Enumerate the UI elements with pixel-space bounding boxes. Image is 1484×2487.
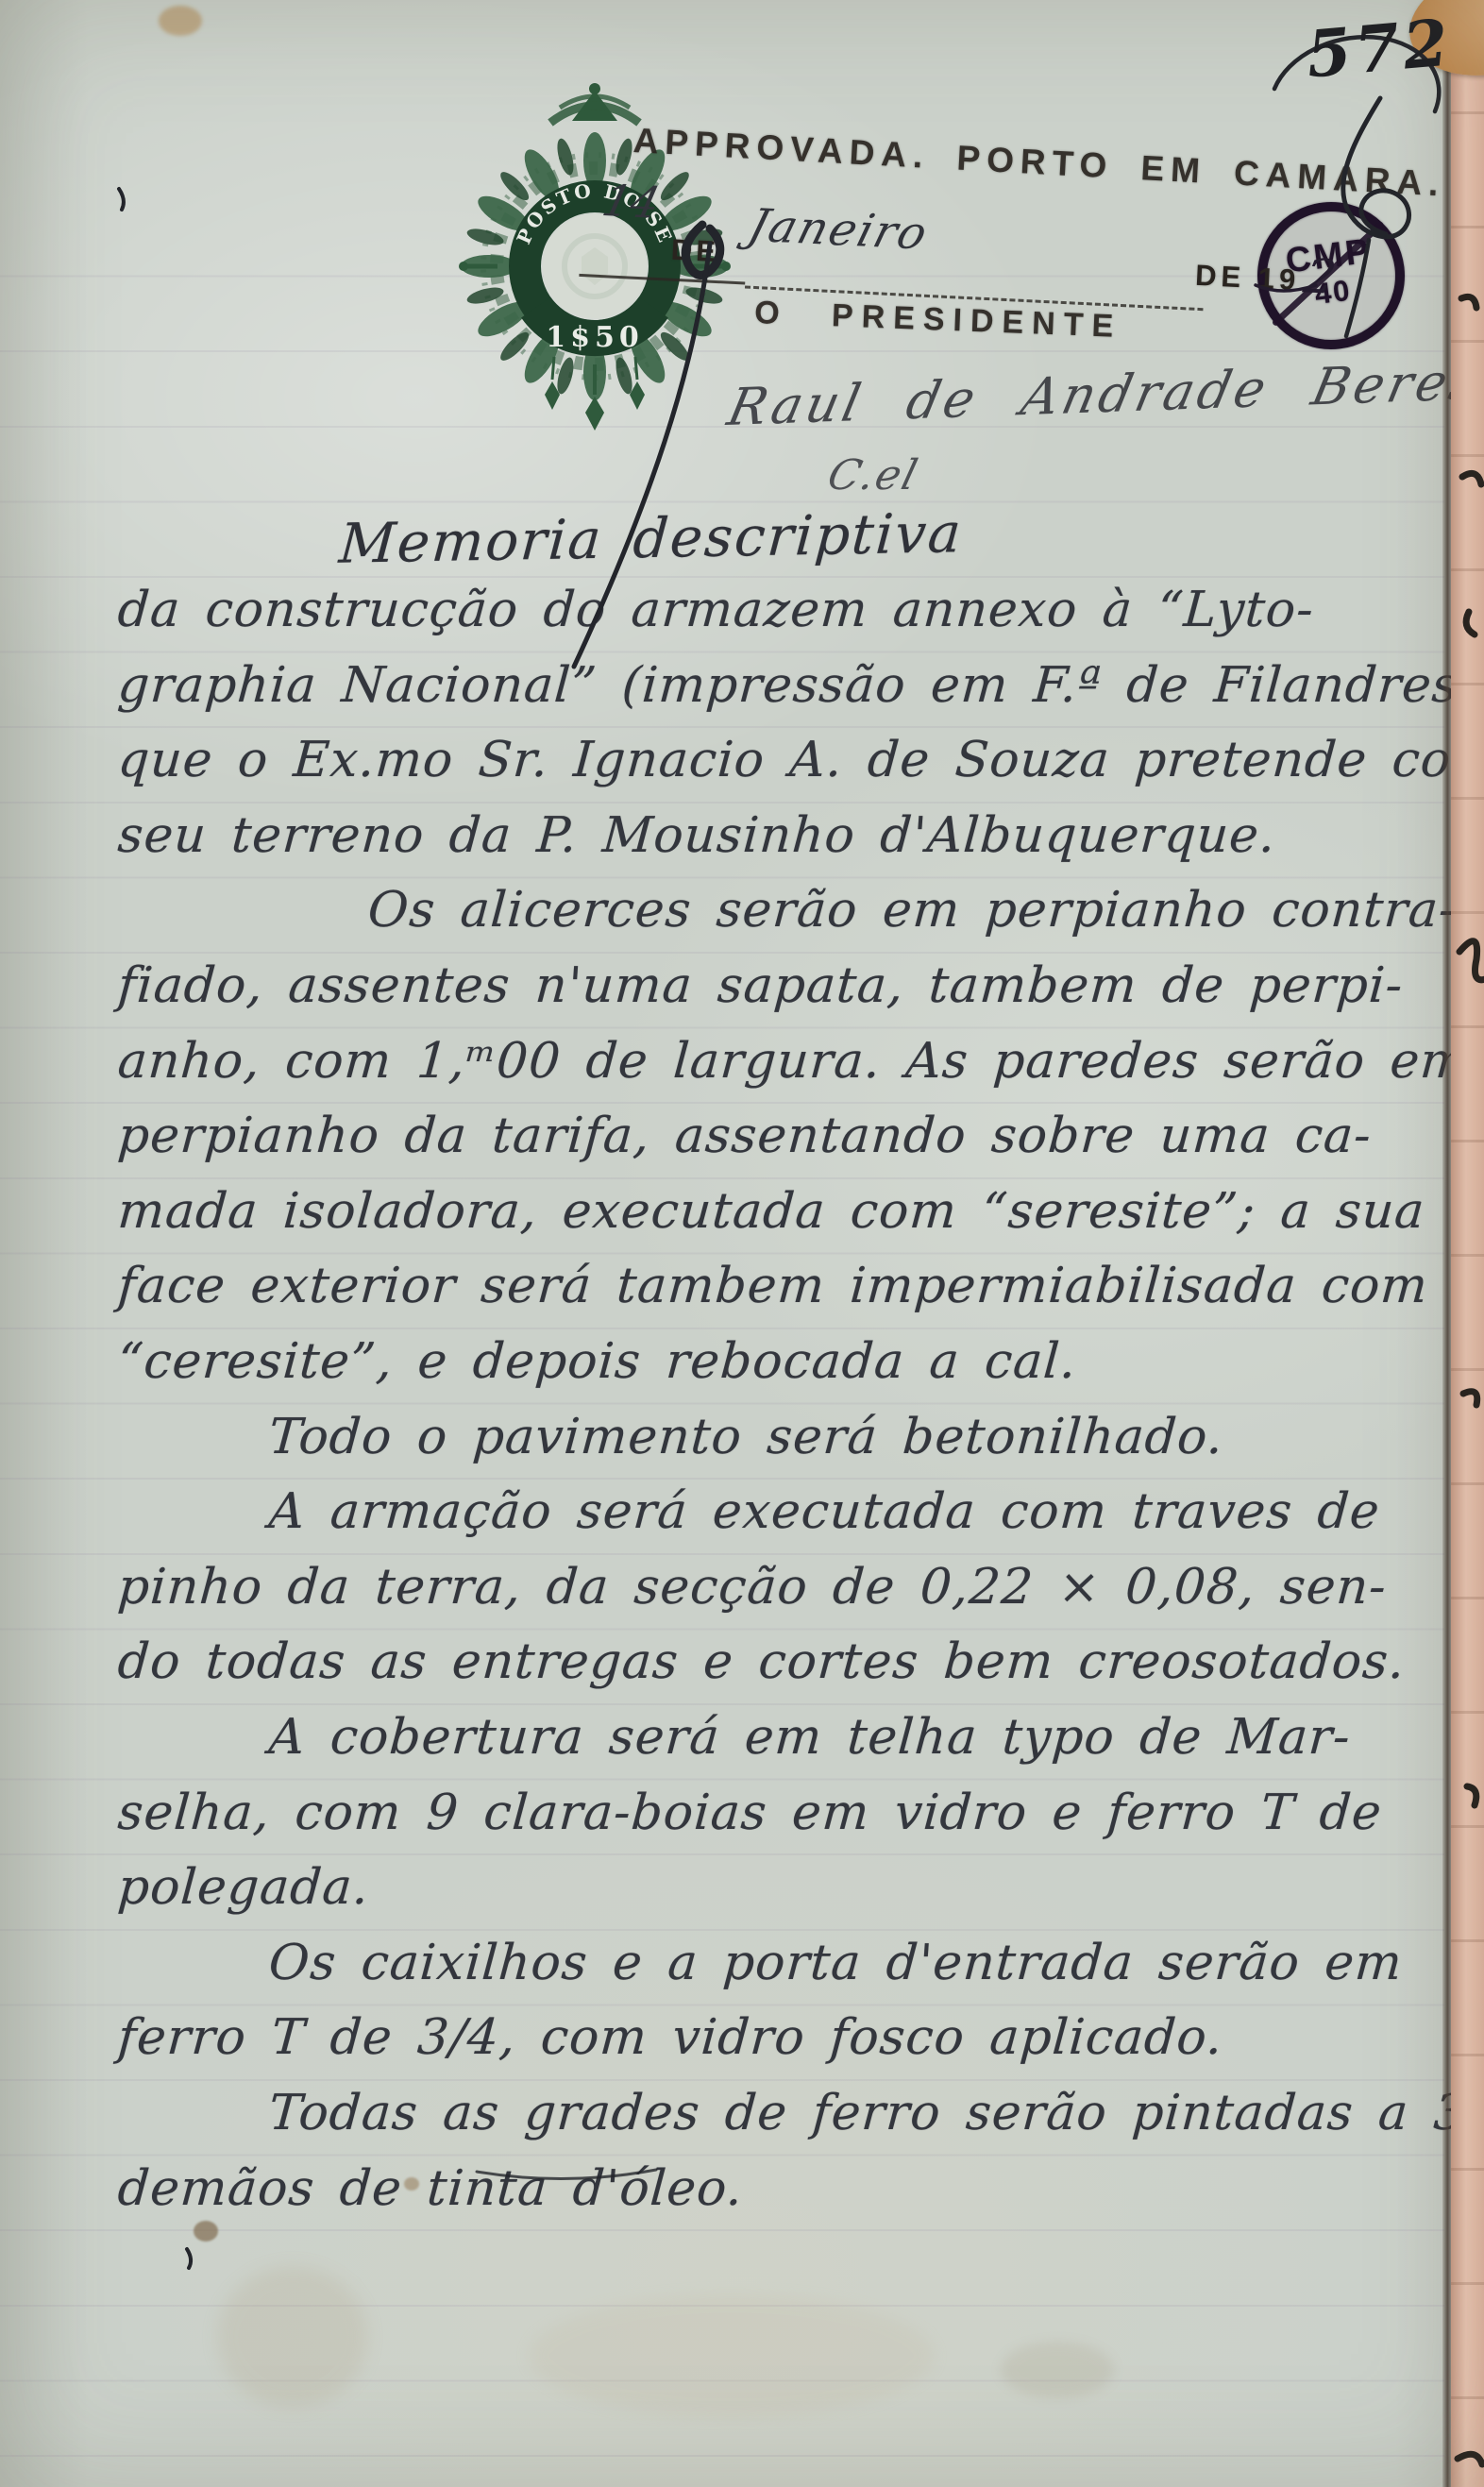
paper-smudge — [1001, 2342, 1114, 2398]
manuscript-line: face exterior será tambem impermiabilisa… — [116, 1258, 1430, 1314]
date-underline-solid — [579, 274, 745, 285]
approvada-stamp: APPROVADA. PORTO EM CAMARA. — [632, 121, 1446, 204]
manuscript-line: fiado, assentes n'uma sapata, tambem de … — [116, 957, 1405, 1014]
manuscript-line: ferro T de 3/4, com vidro fosco aplicado… — [116, 2009, 1225, 2066]
manuscript-line: demãos de tinta d'óleo. — [116, 2160, 745, 2217]
manuscript-line: A armação será executada com traves de — [267, 1483, 1382, 1540]
manuscript-line: perpianho da tarifa, assentando sobre um… — [116, 1108, 1374, 1164]
de19-stamp-label: DE 19 — [1194, 259, 1301, 297]
manuscript-line: do todas as entregas e cortes bem creoso… — [116, 1633, 1408, 1690]
seal-pendants — [545, 357, 645, 431]
page-edge-shadow — [1442, 0, 1451, 2487]
de-stamp-label: DE — [670, 233, 720, 269]
manuscript-line: Todas as grades de ferro serão pintadas … — [267, 2085, 1468, 2141]
page-number: 572 — [1304, 5, 1455, 93]
manuscript-line: mada isoladora, executada com “seresite”… — [116, 1183, 1427, 1240]
paper-smudge — [217, 2266, 368, 2408]
manuscript-line: da construcção do armazem annexo à “Lyto… — [116, 582, 1316, 638]
manuscript-line: pinho da terra, da secção de 0,22 × 0,08… — [116, 1559, 1389, 1616]
manuscript-line: que o Ex.mo Sr. Ignacio A. de Souza pret… — [116, 732, 1484, 788]
handwritten-year-digit: 2 — [1300, 249, 1341, 305]
next-page-edge — [1451, 0, 1484, 2487]
paper-stain — [159, 6, 202, 36]
handwritten-month: Janeiro — [743, 199, 935, 261]
manuscript-line: graphia Nacional” (impressão em F.ª de F… — [116, 657, 1484, 714]
manuscript-line: “ceresite”, e depois rebocada a cal. — [116, 1333, 1079, 1390]
seal-value: 1$50 — [546, 321, 644, 354]
manuscript-line: A cobertura será em telha typo de Mar- — [267, 1709, 1353, 1766]
signature-credential: C.el — [823, 451, 924, 499]
manuscript-line: Todo o pavimento será betonilhado. — [267, 1409, 1225, 1465]
manuscript-title: Memoria descriptiva — [337, 500, 965, 575]
document-page: IMPOSTO DO SELO 1$50 APPROVADA. PORTO EM… — [0, 0, 1484, 2487]
handwritten-day: 14 — [598, 175, 665, 228]
paper-smudge — [529, 2294, 935, 2417]
seal-crown — [550, 83, 639, 123]
manuscript-line: polegada. — [116, 1859, 371, 1916]
manuscript-line: selha, com 9 clara-boias em vidro e ferr… — [116, 1785, 1384, 1841]
manuscript-line: seu terreno da P. Mousinho d'Albuquerque… — [116, 807, 1278, 864]
manuscript-line: Os alicerces serão em perpianho contra- — [366, 882, 1459, 939]
paper-stain — [194, 2221, 218, 2242]
date-underline-dotted — [745, 285, 1204, 311]
manuscript-line: anho, com 1,ᵐ00 de largura. As paredes s… — [116, 1033, 1470, 1090]
manuscript-line: Os caixilhos e a porta d'entrada serão e… — [267, 1935, 1405, 1991]
